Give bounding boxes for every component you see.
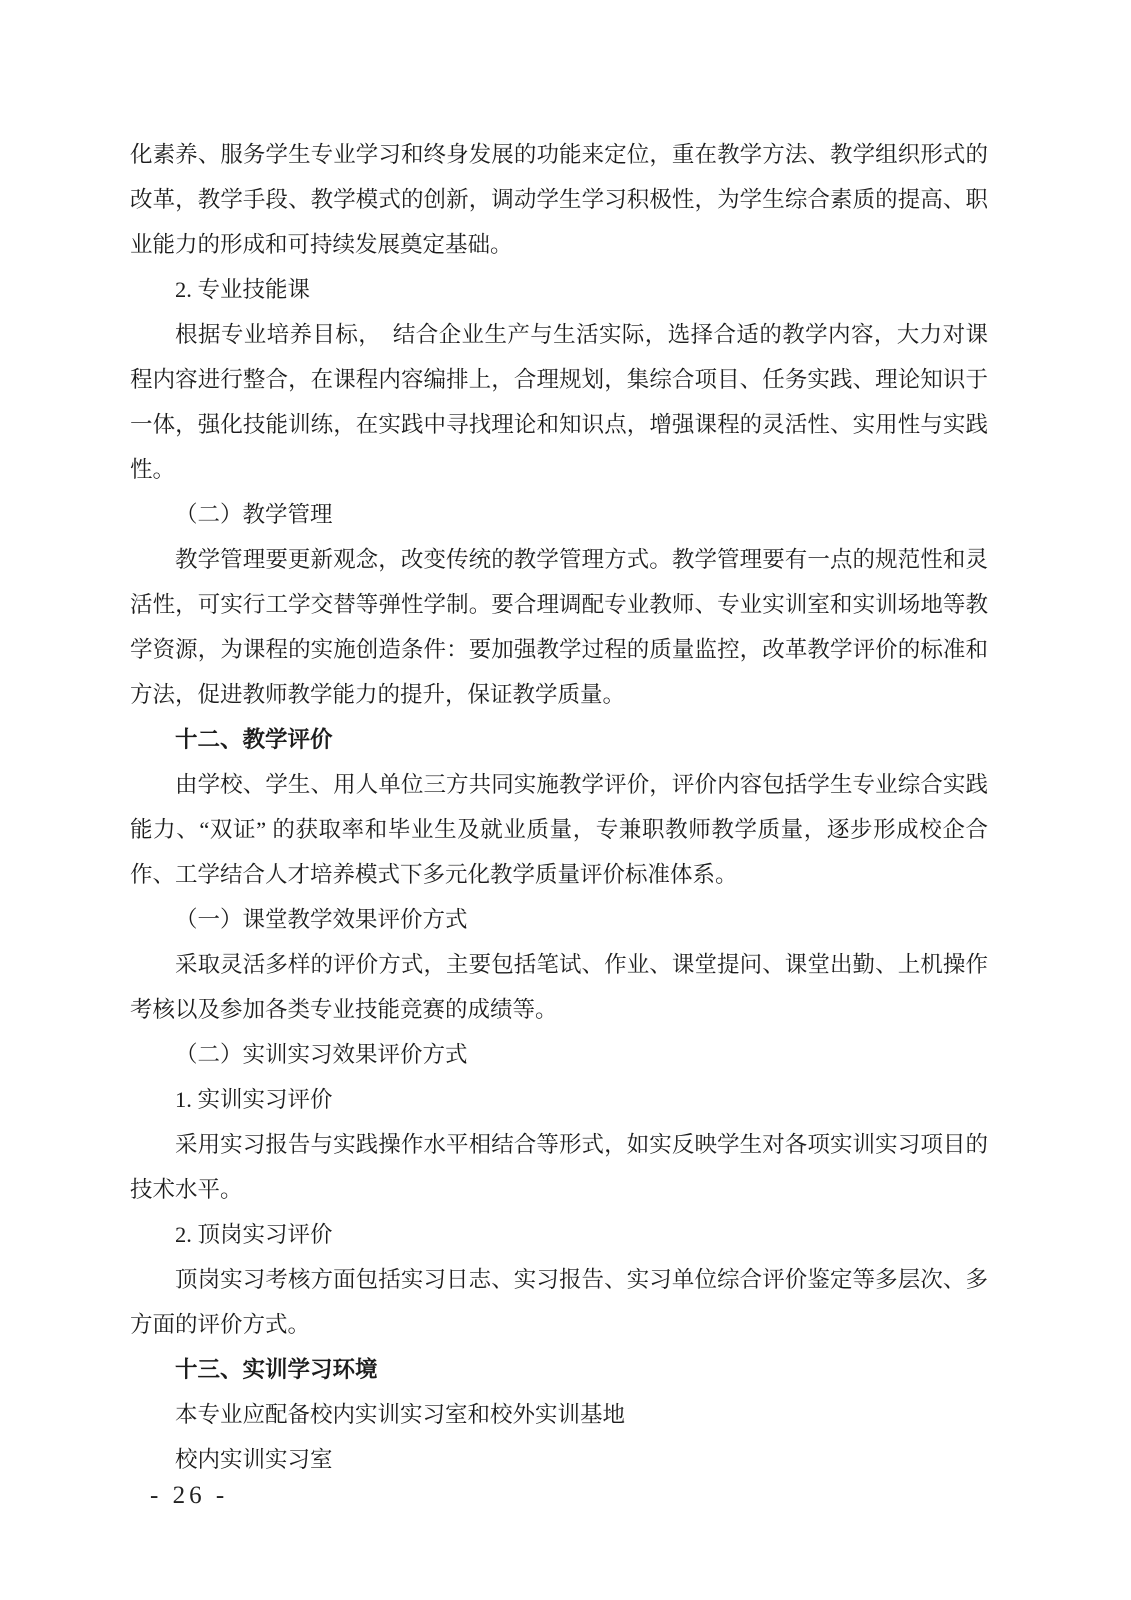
section-heading: 十二、教学评价 [130,717,988,762]
paragraph: 化素养、服务学生专业学习和终身发展的功能来定位，重在教学方法、教学组织形式的改革… [130,132,988,267]
paragraph: 采用实习报告与实践操作水平相结合等形式，如实反映学生对各项实训实习项目的技术水平… [130,1122,988,1212]
paragraph: 本专业应配备校内实训实习室和校外实训基地 [130,1392,988,1437]
paragraph: （一）课堂教学效果评价方式 [130,897,988,942]
paragraph: 1. 实训实习评价 [130,1077,988,1122]
document-page: 化素养、服务学生专业学习和终身发展的功能来定位，重在教学方法、教学组织形式的改革… [0,0,1131,1600]
paragraph: 校内实训实习室 [130,1437,988,1482]
document-text: 化素养、服务学生专业学习和终身发展的功能来定位，重在教学方法、教学组织形式的改革… [130,132,988,1482]
paragraph: 教学管理要更新观念，改变传统的教学管理方式。教学管理要有一点的规范性和灵活性，可… [130,537,988,717]
paragraph: 采取灵活多样的评价方式，主要包括笔试、作业、课堂提问、课堂出勤、上机操作考核以及… [130,942,988,1032]
paragraph: 2. 专业技能课 [130,267,988,312]
paragraph: （二）教学管理 [130,492,988,537]
paragraph: 根据专业培养目标， 结合企业生产与生活实际，选择合适的教学内容，大力对课程内容进… [130,312,988,492]
paragraph: 顶岗实习考核方面包括实习日志、实习报告、实习单位综合评价鉴定等多层次、多方面的评… [130,1257,988,1347]
page-number: - 26 - [150,1482,228,1510]
paragraph: （二）实训实习效果评价方式 [130,1032,988,1077]
paragraph: 由学校、学生、用人单位三方共同实施教学评价，评价内容包括学生专业综合实践能力、“… [130,762,988,897]
section-heading: 十三、实训学习环境 [130,1347,988,1392]
paragraph: 2. 顶岗实习评价 [130,1212,988,1257]
